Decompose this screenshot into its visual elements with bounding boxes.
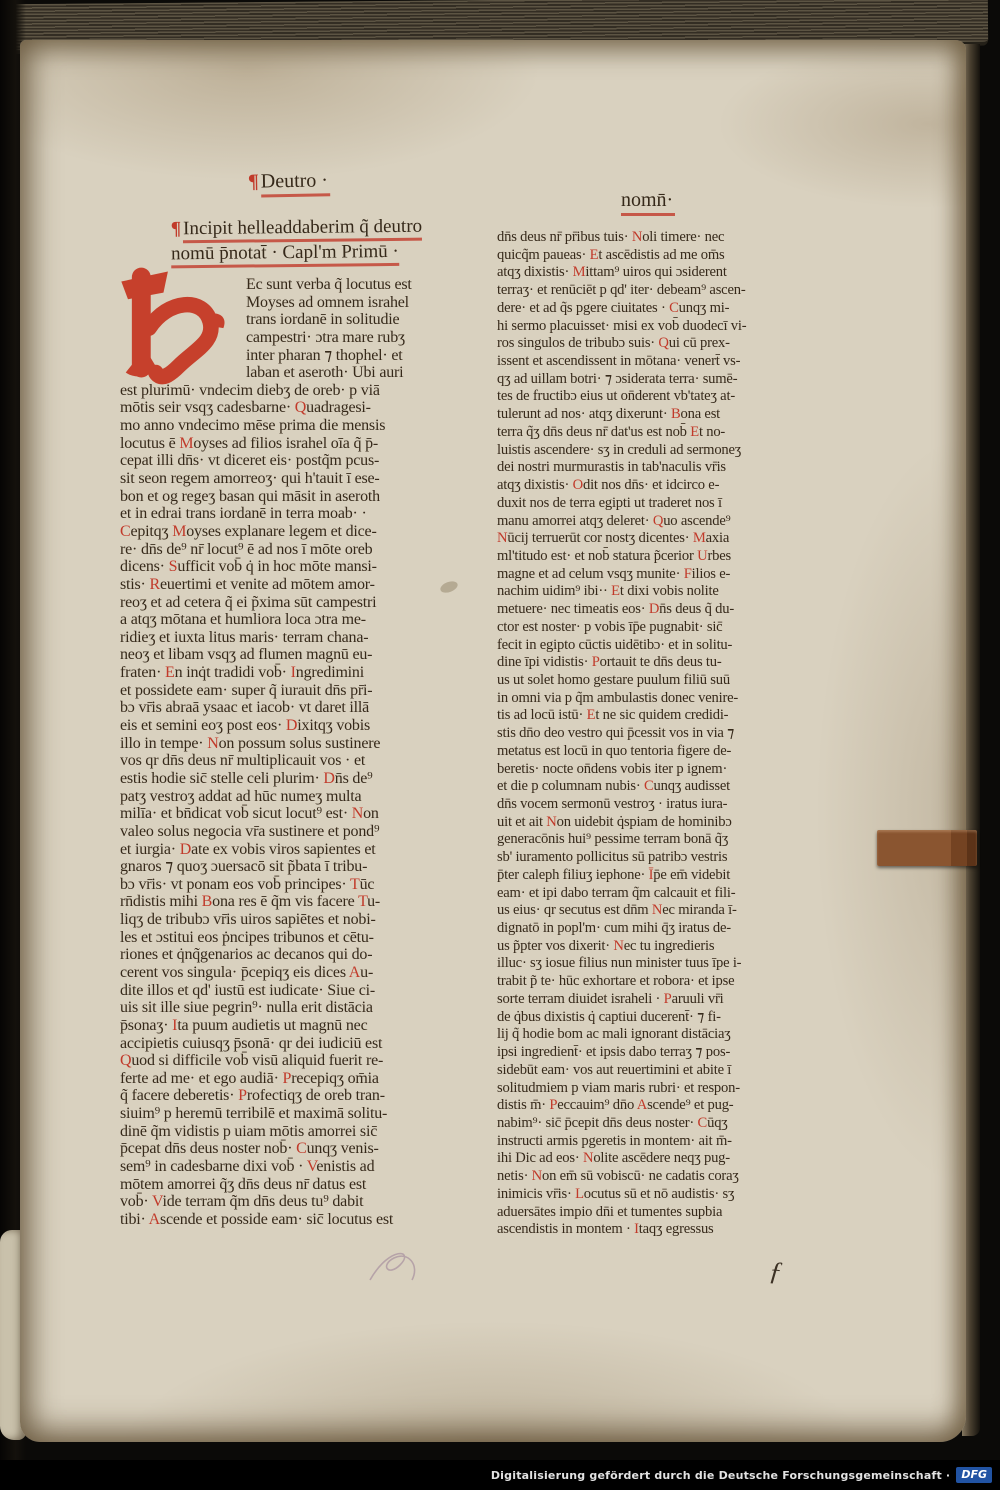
text-line: trans iordanē in solitudie [246, 311, 486, 329]
text-line: neoʒ et libam vsqʒ ad flumen magnū eu- [120, 646, 486, 664]
text-line: dinē q̃m vidistis p uiam mōtis amorrei s… [120, 1123, 486, 1141]
text-line: p̄sonaʒ· Ita puum audietis ut magnū nec [120, 1017, 486, 1035]
text-line: p̄ter caleph filiuʒ iephone· Īp̄e em̄ vi… [497, 867, 797, 885]
text-line: vos qr dn̄s deus nr̄ multiplicauit vos ·… [120, 752, 486, 770]
incipit-line-2: nomū p̄notat̄ · Capl'm Primū · [171, 241, 423, 269]
text-line: us p̃pter vos dixerit· Nec tu ingredieri… [497, 938, 797, 956]
running-title-right-text: nomn̄· [621, 189, 675, 216]
text-line: qʒ ad uillam botri· ⁊ ɔsiderata terra· s… [497, 371, 797, 389]
text-line: Quod si difficile vob̄ visū aliquid fuer… [120, 1052, 486, 1070]
text-line: ihi Dic ad eos· Nolite ascēdere neqʒ pug… [497, 1150, 797, 1168]
text-line: metatus est locū in quo tentoria figere … [497, 743, 797, 761]
text-line: dignatō in popl'm· cum mihi q̄ʒ iratus d… [497, 920, 797, 938]
text-line: estis hodie sic̄ stelle celi plurim· Dn̄… [120, 770, 486, 788]
text-line: Cepitqʒ Moyses explanare legem et dice- [120, 523, 486, 541]
text-line: us eius· qr secutus est dn̄m Nec miranda… [497, 902, 797, 920]
text-line: locutus ē Moyses ad filios israhel oīa q… [120, 435, 486, 453]
text-line: inimicis vr̄is· Locutus sū et nō audisti… [497, 1186, 797, 1204]
text-line: q̃ facere deberetis· Profectiqʒ de oreb … [120, 1087, 486, 1105]
text-column-right: dn̄s deus nr̄ pr̄ibus tuis· Noli timere·… [497, 229, 797, 1239]
text-line: stis· Reuertimi et venite ad mōtem amor- [120, 576, 486, 594]
text-line: eam· et ipi dabo terram q̃m calcauit et … [497, 885, 797, 903]
text-line: accipietis cuiusqʒ p̄sonā· qr dei iudici… [120, 1035, 486, 1053]
text-line: beretis· nocte on̄dens vobis iter p igne… [497, 761, 797, 779]
digitization-credit-bar: Digitalisierung gefördert durch die Deut… [0, 1460, 1000, 1490]
text-line: vob̄· Vide terram q̃m dn̄s deus tu⁹ dabi… [120, 1193, 486, 1211]
text-line: ascendistis in montem · Itaqʒ egressus [497, 1221, 797, 1239]
text-line: ipsi ingredient̄· et ipsis dabo terraʒ ⁊… [497, 1044, 797, 1062]
pilcrow-mark: ¶ [171, 218, 181, 239]
text-line: atqʒ dixistis· Mittam⁹ uiros qui ɔsidere… [497, 264, 797, 282]
text-line: gnaros ⁊ quoʒ ɔuersacō sit p̃bata ī trib… [120, 858, 486, 876]
text-line: et in edrai trans iordanē in terra moab·… [120, 505, 486, 523]
handwritten-squiggle [360, 1240, 430, 1290]
text-line: sb' iuramento pollicitus sū patribɔ vest… [497, 849, 797, 867]
text-line: generacōnis hui⁹ pessime terram bonā q̃ʒ [497, 831, 797, 849]
text-line: bɔ vr̄is· vt ponam eos vob̄ principes· T… [120, 876, 486, 894]
text-line: eis et semini eoʒ post eos· Dixitqʒ vobi… [120, 717, 486, 735]
text-line: in omni via p q̃m ambulastis donec venir… [497, 690, 797, 708]
text-line: mōtis seir vsqʒ cadesbarne· Quadragesi- [120, 399, 486, 417]
text-line: terra q̃ʒ dn̄s deus nr̄ dat'us est nob̄ … [497, 424, 797, 442]
text-line: uis sit ille siue pegrin⁹· nulla erit di… [120, 999, 486, 1017]
text-line: ridieʒ et iuxta litus maris· terram chan… [120, 629, 486, 647]
text-line: tulerunt ad nos· atqʒ dixerunt· Bona est [497, 406, 797, 424]
text-line: de q̇bus dixistis q̇ captiui ducerent̄· … [497, 1009, 797, 1027]
text-line: ctor est noster· p vobis īp̄e pugnabit· … [497, 619, 797, 637]
text-line: trabit p̃ te· hūc exhortare et robora· e… [497, 973, 797, 991]
text-line: aduersātes impio dn̄i et tumentes supbia [497, 1204, 797, 1222]
text-line: bon et og regeʒ basan qui māsit in asero… [120, 488, 486, 506]
running-title-left-text: Deutro · [261, 169, 331, 197]
text-line: inter pharan ⁊ thophel· et [246, 347, 486, 365]
text-line: dere· et ad q̃s pgere ciuitates · Cunqʒ … [497, 300, 797, 318]
text-line: illo in tempe· Non possum solus sustiner… [120, 735, 486, 753]
credit-text: Digitalisierung gefördert durch die Deut… [491, 1469, 950, 1482]
text-line: sit seon regem amorreoʒ· qui h'tauit ī e… [120, 470, 486, 488]
leather-index-tab[interactable] [877, 830, 977, 866]
text-line: sidebūt eam· vos aut reuertimini et abit… [497, 1062, 797, 1080]
text-line: illuc· sʒ iosue filius nun minister tuus… [497, 955, 797, 973]
text-line: fraten· En inq̇t tradidi vob̄· Ingredimi… [120, 664, 486, 682]
text-line: fecit in egipto cūctis uidētibɔ· et in s… [497, 637, 797, 655]
text-line: Moyses ad omnem israhel [246, 294, 486, 312]
text-line: stis dn̄o deo vestro qui p̄cessit vos in… [497, 725, 797, 743]
text-line: et iurgia· Date ex vobis viros sapientes… [120, 841, 486, 859]
text-line: liqʒ de tribubɔ vr̄is uiros sapiētes et … [120, 911, 486, 929]
incipit-line-1: ¶Incipit helleaddaberim q̃ deutro [171, 216, 423, 244]
text-line: netis· Non em̄ sū vobiscū· ne cadatis co… [497, 1168, 797, 1186]
text-line: tes de fructibɔ eius ut on̄derent vb'tat… [497, 388, 797, 406]
text-line: Ec sunt verba q̃ locutus est [246, 276, 486, 294]
text-line: atqʒ dixistis· Odit nos dn̄s· et idcirco… [497, 477, 797, 495]
text-line: hi sermo placuisset· misi ex vob̄ duodec… [497, 318, 797, 336]
text-line: solitudmiem p viam maris rubri· et respo… [497, 1080, 797, 1098]
text-line: magne et ad celum vsqʒ munite· Filios e- [497, 566, 797, 584]
text-line: p̄cepat dn̄s deus noster nob̄· Cunqʒ ven… [120, 1140, 486, 1158]
text-line: dite illos et qd' iustū est iudicate· Si… [120, 982, 486, 1000]
running-title-right: nomn̄· [621, 189, 675, 216]
text-line: dine īpi vidistis· Portauit te dn̄s deus… [497, 654, 797, 672]
text-line: et die p columnam nubis· Cunqʒ audisset [497, 778, 797, 796]
text-line: et possidete eam· super q̃ iurauit dn̄s … [120, 682, 486, 700]
text-line: manu amorrei atqʒ deleret· Quo ascende⁹ [497, 513, 797, 531]
scanned-book-page: ¶Deutro · nomn̄· ¶Incipit helleaddaberim… [0, 0, 1000, 1490]
text-line: dn̄s deus nr̄ pr̄ibus tuis· Noli timere·… [497, 229, 797, 247]
text-line: re· dn̄s de⁹ nr̄ locut⁹ ē ad nos ī mōte … [120, 541, 486, 559]
text-line: milīa· et bn̄dicat vob̄ sicut locut⁹ est… [120, 805, 486, 823]
text-line: sorte terram diuidet israheli · Paruuli … [497, 991, 797, 1009]
handwritten-mark: ƒ [767, 1255, 784, 1287]
parchment-page: ¶Deutro · nomn̄· ¶Incipit helleaddaberim… [20, 40, 966, 1442]
text-line: rn̄distis mihi Bona res ē q̃m vis facere… [120, 893, 486, 911]
text-line: est plurimū· vndecim diebʒ de oreb· p vi… [120, 382, 486, 400]
text-line: duxit nos de terra egipti ut traderet no… [497, 495, 797, 513]
text-line: us ut solet homo gestare puulum filiū su… [497, 672, 797, 690]
text-column-left: Ec sunt verba q̃ locutus estMoyses ad om… [120, 276, 486, 1229]
text-line: reoʒ et ad cetera q̃ ei p̃xima sūt campe… [120, 594, 486, 612]
text-line: dn̄s vocem sermonū vestroʒ · iratus iura… [497, 796, 797, 814]
text-line: tis ad locū istū· Et ne sic quidem credi… [497, 707, 797, 725]
text-line: les et ɔstitui eos ṗncipes tribunos et c… [120, 929, 486, 947]
text-line: nabim⁹· sic̄ p̄cepit dn̄s deus noster· C… [497, 1115, 797, 1133]
text-line: riones et q̇nq̃genarios ac decanos qui d… [120, 946, 486, 964]
text-line: luistis ascendere· sʒ in creduli ad serm… [497, 442, 797, 460]
text-line: siuim⁹ p heremū terribilē et maximā soli… [120, 1105, 486, 1123]
text-line: ros singulos de tribubɔ suis· Qui cū pre… [497, 335, 797, 353]
text-line: valeo solus negocia vr̄a sustinere et po… [120, 823, 486, 841]
text-line: tibi· Ascende et posside eam· sic̄ locut… [120, 1211, 486, 1229]
text-line: bɔ vr̄is abraā ysaac et iacob· vt daret … [120, 699, 486, 717]
text-line: issent et ascendissent in mōtana· venert… [497, 353, 797, 371]
text-line: dicens· Sufficit vob̄ q̇ in hoc mōte man… [120, 558, 486, 576]
text-line: ferte ad me· et ego audiā· Precepiqʒ om̄… [120, 1070, 486, 1088]
text-line: ml'titudo est· et nob̄ statura p̃cerior … [497, 548, 797, 566]
text-line: cerent vos singula· p̄cepiqʒ eis dices A… [120, 964, 486, 982]
dfg-logo: DFG [956, 1467, 992, 1483]
text-line: campestri· ɔtra mare rubʒ [246, 329, 486, 347]
text-line: a atqʒ mōtana et humliora loca ɔtra me- [120, 611, 486, 629]
text-line: cepat illi dn̄s· vt diceret eis· postq̃m… [120, 452, 486, 470]
text-line: terraʒ· et renūciēt p qd' iter· debeam⁹ … [497, 282, 797, 300]
text-line: uit et ait Non uidebit q̇spiam de homini… [497, 814, 797, 832]
text-line: Nūcij terruerūt cor nostʒ dicentes· Maxi… [497, 530, 797, 548]
text-line: lij q̃ hodie bom ac mali ignorant distāc… [497, 1026, 797, 1044]
text-line: sem⁹ in cadesbarne dixi vob̄ · Venistis … [120, 1158, 486, 1176]
text-line: mōtem amorrei q̃ʒ dn̄s deus nr̄ datus es… [120, 1176, 486, 1194]
text-line: metuere· nec timeatis eos· Dn̄s deus q̃ … [497, 601, 797, 619]
running-title-left: ¶Deutro · [248, 169, 330, 197]
text-line: distis m̄· Peccauim⁹ dn̄o Ascende⁹ et pu… [497, 1097, 797, 1115]
pilcrow-mark: ¶ [248, 171, 259, 193]
text-line: laban et aseroth· Ubi auri [246, 364, 486, 382]
text-line: nachim uidim⁹ ibi·· Et dixi vobis nolite [497, 583, 797, 601]
incipit-rubric: ¶Incipit helleaddaberim q̃ deutro nomū p… [171, 216, 423, 269]
text-line: quicq̃m paueas· Et ascēdistis ad me om̄s [497, 247, 797, 265]
text-line: instructi armis pgeretis in montem· ait … [497, 1133, 797, 1151]
text-line: patʒ vestroʒ addat ad hūc numeʒ multa [120, 788, 486, 806]
text-line: mo anno vndecimo mēse prima die mensis [120, 417, 486, 435]
text-line: dei nostri murmurastis in tab'naculis vr… [497, 459, 797, 477]
